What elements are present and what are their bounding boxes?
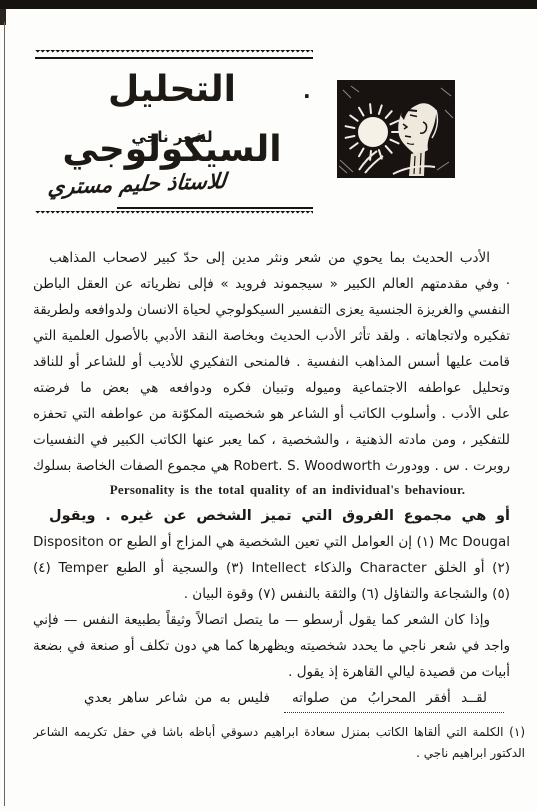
straight-line bbox=[117, 207, 313, 209]
body-line: للتفكير ، ومن مادته الذهنية ، والشخصية ،… bbox=[33, 427, 510, 453]
scan-edge-left bbox=[4, 22, 5, 806]
verse-couplet: لقــد أفقر المحرابُ من صلواته فليس به من… bbox=[47, 685, 524, 711]
article-body: الأدب الحديث بما يحوي من شعر ونثر مدين إ… bbox=[33, 245, 510, 711]
body-line: وإذا كان الشعر كما يقول أرسطو — ما يتصل … bbox=[33, 607, 510, 633]
verse-hemistich-left: فليس به من شاعر ساهر بعدي bbox=[84, 685, 270, 711]
footnote-line: (١) الكلمة التي ألقاها الكاتب بمنزل سعاد… bbox=[33, 722, 525, 743]
zigzag-line bbox=[35, 50, 313, 55]
title-dot: · bbox=[303, 84, 311, 108]
page-title: التحليل السيكولوجي bbox=[28, 60, 316, 180]
zigzag-line bbox=[35, 211, 313, 216]
neck bbox=[409, 150, 425, 176]
english-quote: Personality is the total quality of an i… bbox=[33, 479, 510, 503]
body-line: · وفي مقدمتهم العالم الكبير « سيجموند فر… bbox=[33, 271, 510, 297]
body-line: Mc Dougal (١) إن العوامل التي تعين الشخص… bbox=[33, 529, 510, 555]
decorative-rule-bottom bbox=[35, 207, 313, 216]
body-line: روبرت . س . وودورث Robert. S. Woodworth … bbox=[33, 453, 510, 479]
verse-hemistich-right: لقــد أفقر المحرابُ من صلواته bbox=[292, 685, 487, 711]
sun-disc bbox=[358, 117, 388, 147]
subtitle: لشعر ناجي bbox=[28, 128, 316, 146]
body-line: الأدب الحديث بما يحوي من شعر ونثر مدين إ… bbox=[33, 245, 510, 271]
scanned-book-page: التحليل السيكولوجي · لشعر ناجي للاستاذ ح… bbox=[0, 0, 537, 811]
body-line: (٥) والشجاعة والتفاؤل (٦) والثقة بالنفس … bbox=[33, 581, 510, 607]
body-line: أبيات من قصيدة ليالي القاهرة إذ يقول . bbox=[33, 659, 510, 685]
sun-and-profile-woodcut-illustration bbox=[337, 80, 455, 178]
body-line: (٢) أو الخلق Character والذكاء Intellect… bbox=[33, 555, 510, 581]
body-line: تفكيره ولاتجاهاته . ولقد تأثر الأدب الحد… bbox=[33, 323, 510, 349]
footnote-separator bbox=[284, 712, 504, 713]
body-line: أو هي مجموع الفروق التي تميز الشخص عن غي… bbox=[33, 503, 510, 529]
body-line: وتحليل عواطفه الاجتماعية وميوله وتبيان ف… bbox=[33, 375, 510, 401]
scan-edge-corner bbox=[0, 9, 6, 25]
body-line: على الأدب . وأسلوب الكاتب أو الشاعر هو ش… bbox=[33, 401, 510, 427]
body-line: واجد في شعر ناجي ما يحدد شخصيته ويظهرها … bbox=[33, 633, 510, 659]
footnote-line: الدكتور ابراهيم ناجي . bbox=[33, 743, 525, 764]
body-line: النفسي والغريزة الجنسية يعزى التفسير الس… bbox=[33, 297, 510, 323]
straight-line bbox=[35, 57, 313, 59]
decorative-rule-top bbox=[35, 50, 313, 59]
scan-edge-top bbox=[0, 0, 537, 9]
body-line: قامت عليها أسس المذاهب النفسية . فالمنحى… bbox=[33, 349, 510, 375]
footnote: (١) الكلمة التي ألقاها الكاتب بمنزل سعاد… bbox=[33, 722, 525, 764]
